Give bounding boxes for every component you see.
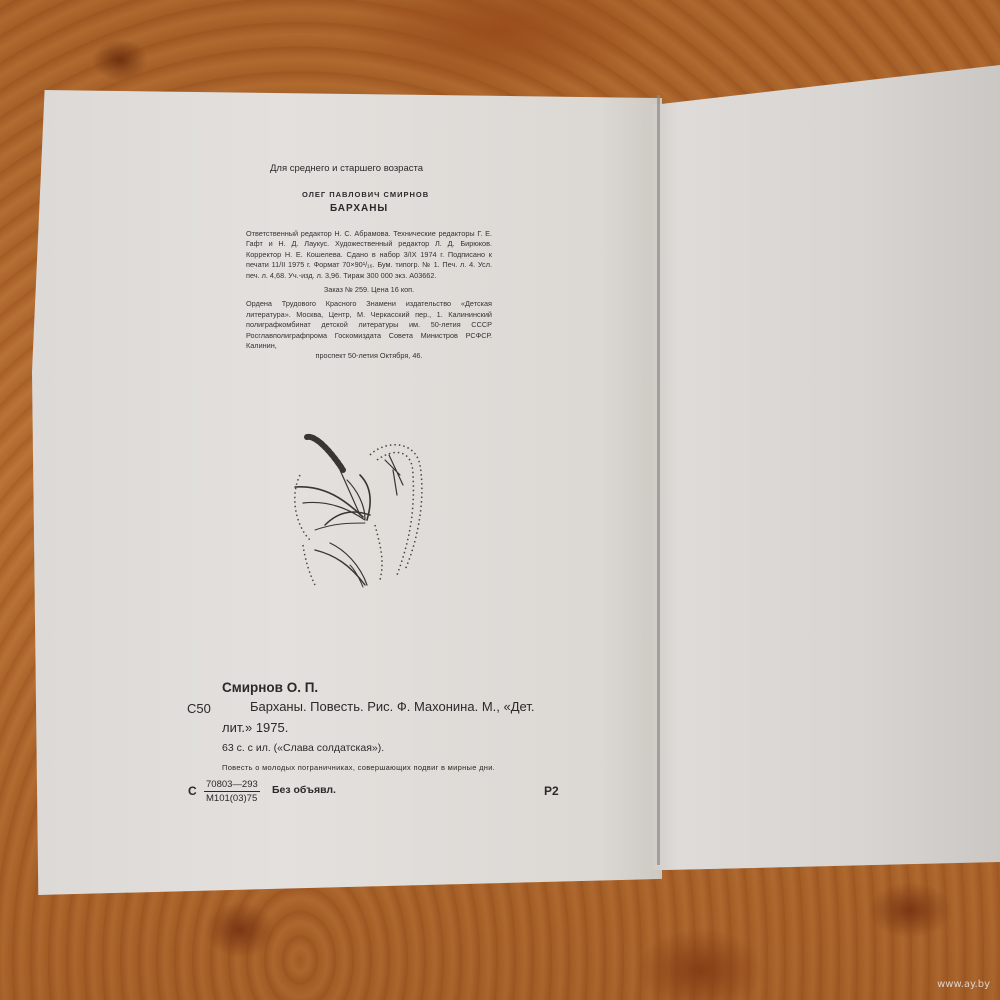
- book-annotation: Повесть о молодых пограничниках, соверша…: [222, 763, 495, 772]
- no-ads-note: Без объявл.: [272, 784, 336, 796]
- right-page: [650, 65, 1000, 870]
- price-code: Р2: [544, 784, 559, 798]
- bibliographic-pages: 63 с. с ил. («Слава солдатская»).: [222, 742, 384, 754]
- imprint-address: проспект 50-летия Октября, 46.: [246, 351, 492, 361]
- fraction-numerator: 70803—293: [204, 778, 260, 792]
- classification-code: С50: [187, 701, 211, 716]
- imprint-block: Ответственный редактор Н. С. Абрамова. Т…: [246, 229, 492, 366]
- age-note: Для среднего и старшего возраста: [270, 163, 423, 174]
- bibliographic-title-line: Барханы. Повесть. Рис. Ф. Махонина. М., …: [250, 699, 534, 714]
- watermark: www.ay.by: [937, 979, 990, 990]
- imprint-publisher: Ордена Трудового Красного Знамени издате…: [246, 299, 492, 351]
- book-title: БАРХАНЫ: [330, 203, 388, 214]
- index-fraction: 70803—293 М101(03)75: [204, 778, 260, 805]
- imprint-order-price: Заказ № 259. Цена 16 коп.: [246, 285, 492, 295]
- book-spine: [657, 95, 660, 865]
- bibliographic-publisher-line: лит.» 1975.: [222, 720, 288, 735]
- author-full-name: ОЛЕГ ПАВЛОВИЧ СМИРНОВ: [302, 190, 429, 199]
- imprint-editors: Ответственный редактор Н. С. Абрамова. Т…: [246, 229, 492, 281]
- grass-illustration-icon: [285, 415, 440, 590]
- index-letter: С: [188, 784, 197, 798]
- bibliographic-author: Смирнов О. П.: [222, 680, 318, 695]
- fraction-denominator: М101(03)75: [204, 792, 260, 805]
